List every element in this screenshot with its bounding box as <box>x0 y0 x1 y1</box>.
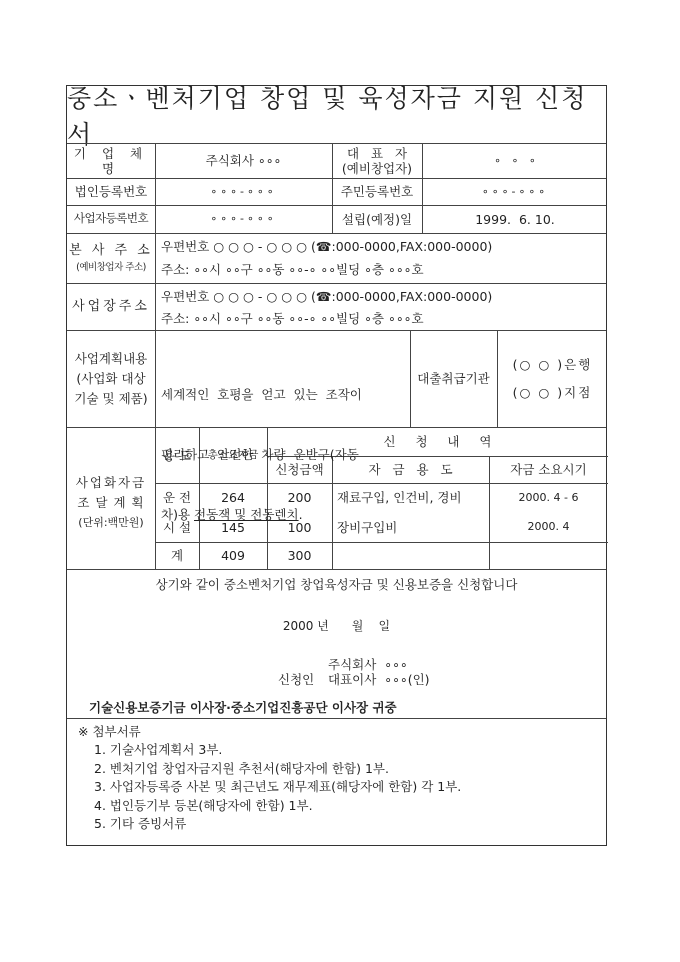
application-form: 중소ㆍ벤처기업 창업 및 육성자금 지원 신청서 기 업 체 명 주식회사 ∘∘… <box>66 85 607 846</box>
divider <box>67 718 606 719</box>
total-row-total: 409 <box>199 542 267 569</box>
header-total: 총소요자금 <box>199 427 267 483</box>
attachment-item: 1. 기술사업계획서 3부. <box>94 741 222 760</box>
header-timing: 자금 소요시기 <box>489 456 608 483</box>
lender-label: 대출취급기관 <box>410 330 497 427</box>
form-title: 중소ㆍ벤처기업 창업 및 육성자금 지원 신청서 <box>67 86 606 144</box>
funding-plan-label-line1: 사업화자금 <box>76 473 146 493</box>
resident-reg-value: ∘∘∘-∘∘∘ <box>422 178 608 205</box>
row-usage: 시 설 <box>155 512 199 542</box>
total-row-label: 계 <box>155 542 199 569</box>
applicant-label: 신청인 <box>278 670 314 688</box>
row-detail: 재료구입, 인건비, 경비 <box>332 483 489 512</box>
header-request-amount: 신청금액 <box>267 456 332 483</box>
funding-plan-label-line3: (단위:백만원) <box>78 513 143 533</box>
site-address-label: 사업장주소 <box>67 283 155 330</box>
row-timing: 2000. 4 <box>489 512 608 542</box>
representative-label-line2: (예비창업자) <box>342 161 412 176</box>
declaration-date: 2000 년 월 일 <box>67 617 606 634</box>
addressee: 기술신용보증기금 이사장·중소기업진흥공단 이사장 귀중 <box>89 698 397 716</box>
declaration-statement: 상기와 같이 중소벤처기업 창업육성자금 및 신용보증을 신청합니다 <box>67 575 606 593</box>
business-plan-label-line3: 기술 및 제품) <box>74 389 147 409</box>
header-request-group: 신 청 내 역 <box>267 427 608 456</box>
established-value: 1999. 6. 10. <box>422 205 608 233</box>
corp-reg-label: 법인등록번호 <box>67 178 155 205</box>
row-detail: 장비구입비 <box>332 512 489 542</box>
header-fund-usage: 자 금 용 도 <box>332 456 489 483</box>
attachments-heading: ※ 첨부서류 <box>78 723 141 742</box>
site-address-line: 주소: ∘∘시 ∘∘구 ∘∘동 ∘∘-∘ ∘∘빌딩 ∘층 ∘∘∘호 <box>161 309 424 327</box>
attachment-item: 5. 기타 증빙서류 <box>94 815 186 834</box>
row-amount: 100 <box>267 512 332 542</box>
row-timing: 2000. 4 - 6 <box>489 483 608 512</box>
hq-address-label-line2: (예비창업자 주소) <box>76 262 146 273</box>
hq-address-line: 주소: ∘∘시 ∘∘구 ∘∘동 ∘∘-∘ ∘∘빌딩 ∘층 ∘∘∘호 <box>161 260 424 278</box>
funding-plan-label: 사업화자금 조 달 계 획 (단위:백만원) <box>67 427 155 569</box>
business-plan-label-line2: (사업화 대상 <box>76 369 145 389</box>
biz-reg-value: ∘∘∘-∘∘∘ <box>155 205 332 233</box>
funding-plan-label-line2: 조 달 계 획 <box>77 493 144 513</box>
corp-reg-value: ∘∘∘-∘∘∘ <box>155 178 332 205</box>
company-name-value: 주식회사 ∘∘∘ <box>155 143 332 178</box>
site-postal-line: 우편번호 ○ ○ ○ - ○ ○ ○ (☎:000-0000,FAX:000-0… <box>161 287 492 305</box>
established-label: 설립(예정)일 <box>332 205 422 233</box>
attachment-item: 4. 법인등기부 등본(해당자에 한함) 1부. <box>94 797 313 816</box>
biz-reg-label: 사업자등록번호 <box>67 205 155 233</box>
representative-label: 대 표 자 (예비창업자) <box>332 143 422 178</box>
resident-reg-label: 주민등록번호 <box>332 178 422 205</box>
company-name-label: 기 업 체 명 <box>67 143 155 178</box>
lender-branch: (○ ○ )지점 <box>513 379 593 407</box>
attachment-item: 3. 사업자등록증 사본 및 최근년도 재무제표(해당자에 한함) 각 1부. <box>94 778 461 797</box>
representative-value: ∘ ∘ ∘ <box>422 143 608 178</box>
business-plan-line1: 세계적인 호평을 얻고 있는 조작이 <box>161 385 362 405</box>
row-total: 264 <box>199 483 267 512</box>
business-plan-label-line1: 사업계획내용 <box>75 349 147 369</box>
row-usage: 운 전 <box>155 483 199 512</box>
hq-address-label: 본 사 주 소 (예비창업자 주소) <box>67 233 155 283</box>
lender-bank: (○ ○ )은행 <box>513 351 593 379</box>
hq-postal-line: 우편번호 ○ ○ ○ - ○ ○ ○ (☎:000-0000,FAX:000-0… <box>161 237 492 255</box>
row-total: 145 <box>199 512 267 542</box>
header-usage: 용 도 <box>155 427 199 483</box>
attachment-item: 2. 벤처기업 창업자금지원 추천서(해당자에 한함) 1부. <box>94 760 389 779</box>
hq-address-label-line1: 본 사 주 소 <box>69 243 153 259</box>
total-row-amount: 300 <box>267 542 332 569</box>
representative-label-line1: 대 표 자 <box>347 146 407 161</box>
business-plan-label: 사업계획내용 (사업화 대상 기술 및 제품) <box>67 330 155 427</box>
row-amount: 200 <box>267 483 332 512</box>
divider <box>67 569 606 570</box>
lender-value: (○ ○ )은행 (○ ○ )지점 <box>497 330 608 427</box>
declaration-representative: 대표이사 ∘∘∘(인) <box>328 670 430 688</box>
